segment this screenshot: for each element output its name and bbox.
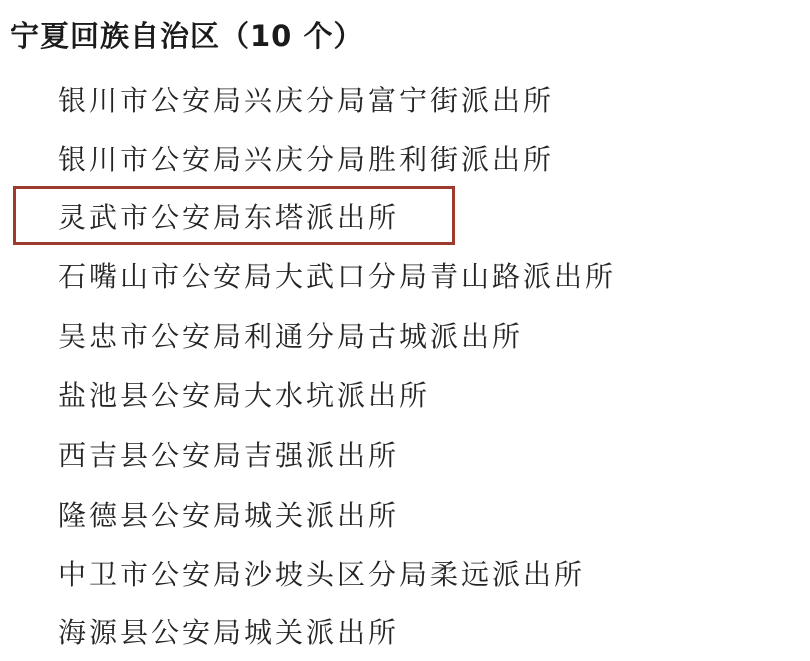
page-title: 宁夏回族自治区（10 个） <box>10 20 363 52</box>
list-item: 中卫市公安局沙坡头区分局柔远派出所 <box>58 559 585 590</box>
list-item: 隆德县公安局城关派出所 <box>58 500 399 531</box>
list-item: 海源县公安局城关派出所 <box>58 617 399 648</box>
document-page: 宁夏回族自治区（10 个） 银川市公安局兴庆分局富宁街派出所 银川市公安局兴庆分… <box>0 0 810 661</box>
list-item: 银川市公安局兴庆分局胜利街派出所 <box>58 144 554 175</box>
list-item: 银川市公安局兴庆分局富宁街派出所 <box>58 85 554 116</box>
list-item: 石嘴山市公安局大武口分局青山路派出所 <box>58 261 616 292</box>
list-item-highlighted: 灵武市公安局东塔派出所 <box>58 202 399 233</box>
list-item: 盐池县公安局大水坑派出所 <box>58 380 430 411</box>
list-item: 吴忠市公安局利通分局古城派出所 <box>58 321 523 352</box>
list-item: 西吉县公安局吉强派出所 <box>58 440 399 471</box>
